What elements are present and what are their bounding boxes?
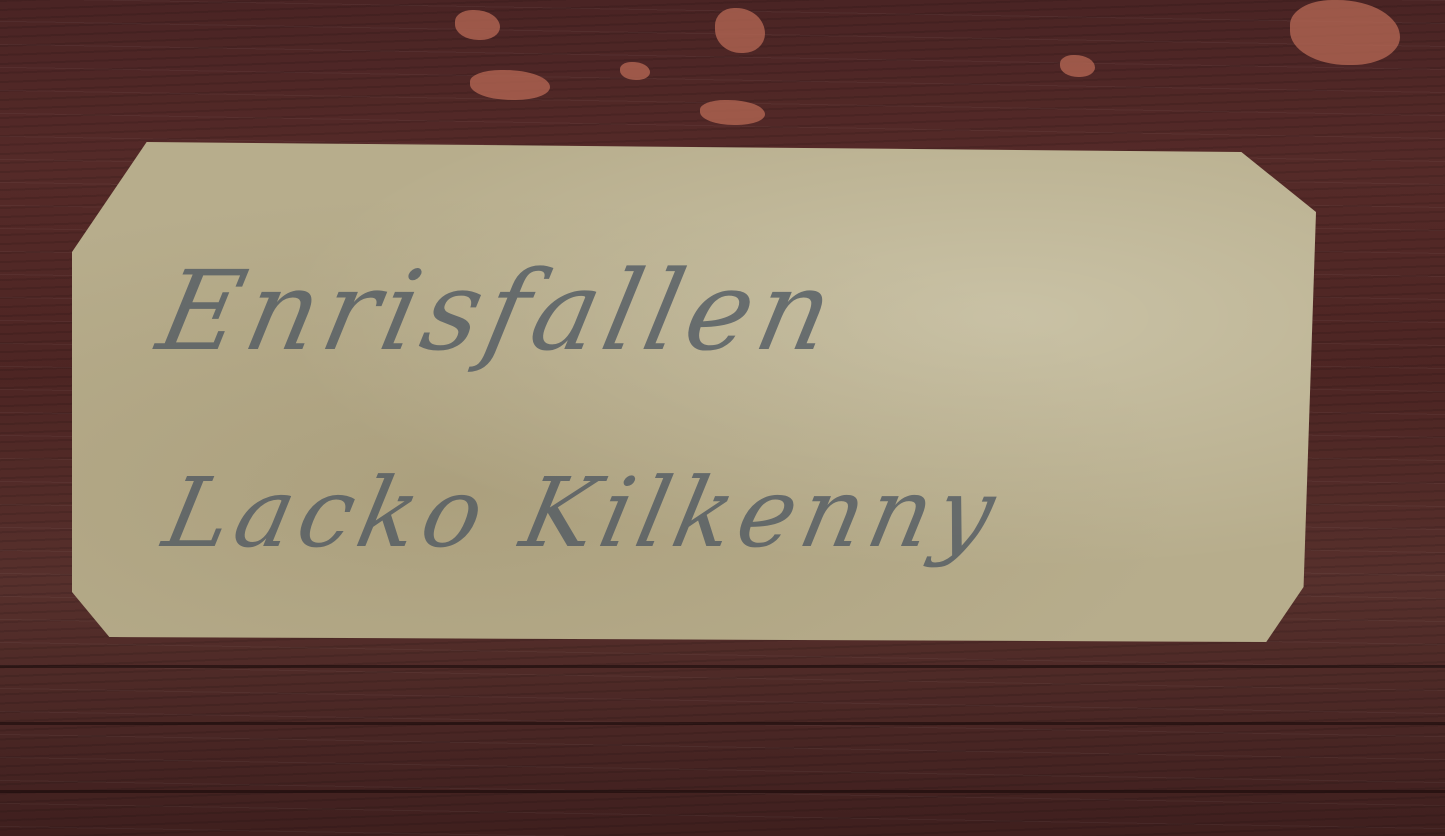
handwriting-line-2: Lacko Kilkenny [155, 457, 1010, 569]
handwriting-line-1: Enrisfallen [148, 247, 849, 375]
paper-label: Enrisfallen Lacko Kilkenny [72, 142, 1316, 642]
paint-chip [470, 70, 550, 100]
plank-seam [0, 665, 1445, 668]
paint-chip [620, 62, 650, 80]
paint-chip [455, 10, 500, 40]
paint-chip [715, 8, 765, 53]
plank-seam [0, 722, 1445, 725]
plank-seam [0, 790, 1445, 793]
paint-chip [1290, 0, 1400, 65]
paint-chip [1060, 55, 1095, 77]
paint-chip [700, 100, 765, 125]
